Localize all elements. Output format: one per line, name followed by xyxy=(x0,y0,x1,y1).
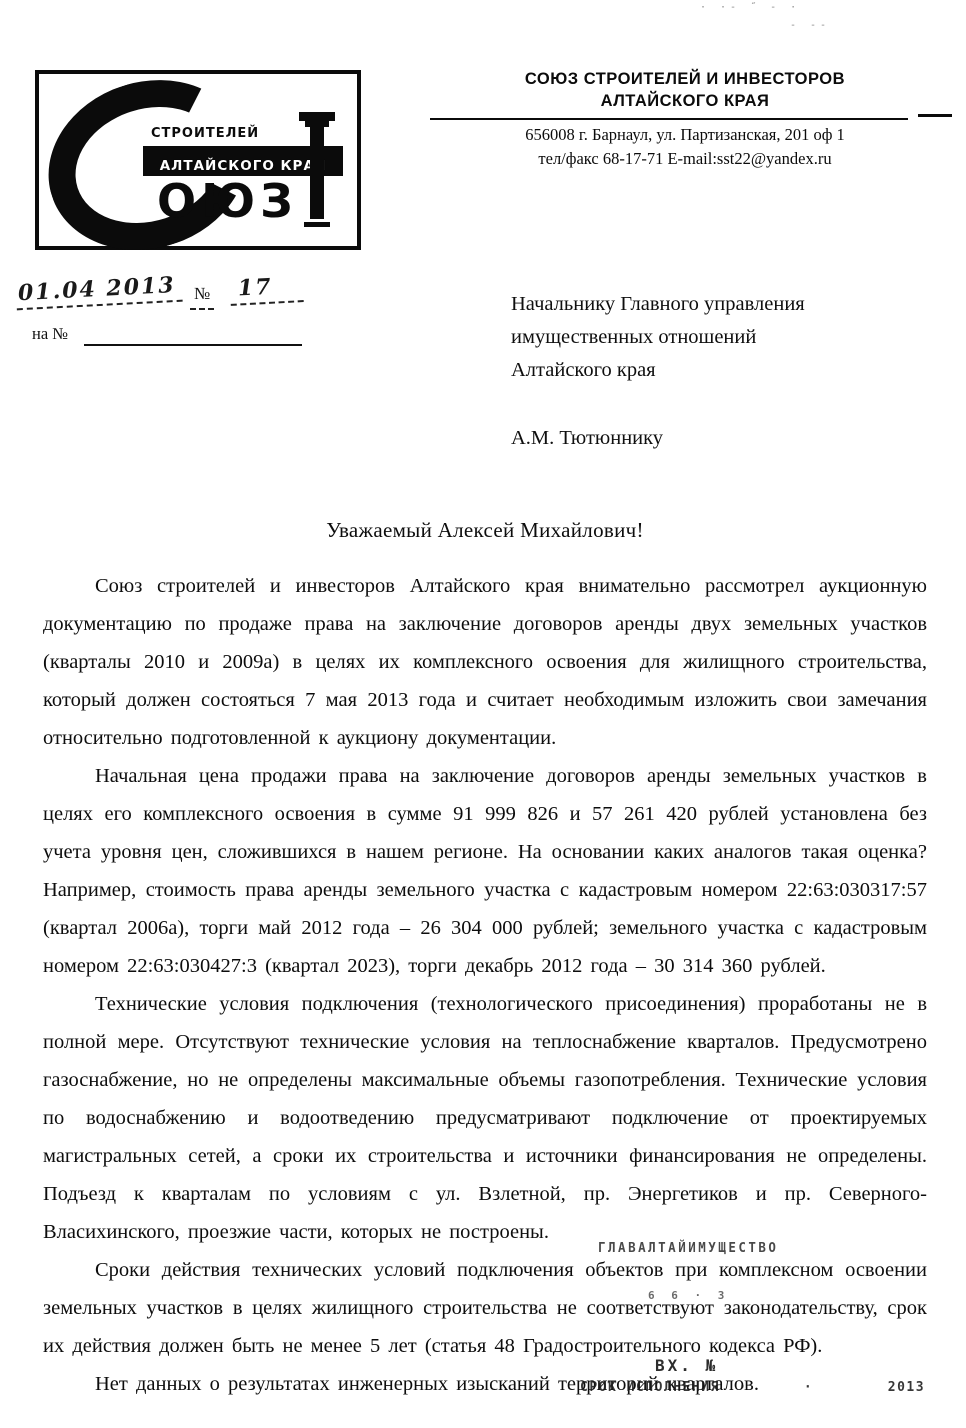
paragraph-2: Начальная цена продажи права на заключен… xyxy=(43,757,927,985)
outgoing-number-handwritten: 17 xyxy=(229,272,303,306)
incoming-stamp-number-label: ВХ. № xyxy=(655,1356,718,1375)
outgoing-date-handwritten: 01.04 2013 xyxy=(15,272,182,311)
paragraph-3: Технические условия подключения (техноло… xyxy=(43,985,927,1251)
reference-block: 01.04 2013 № 17 на № xyxy=(14,276,334,350)
salutation: Уважаемый Алексей Михайлович! xyxy=(43,518,927,543)
incoming-stamp-org-name: ГЛАВАЛТАЙИМУЩЕСТВО xyxy=(598,1240,778,1256)
reply-to-label: на № xyxy=(32,324,68,344)
logo-text-oyuz: ОЮЗ xyxy=(157,178,298,224)
recipient-line3: Алтайского края xyxy=(511,354,931,387)
letter-body: Уважаемый Алексей Михайлович! Союз строи… xyxy=(43,518,927,1403)
paragraph-4: Сроки действия технических условий подкл… xyxy=(43,1251,927,1365)
letterhead-divider xyxy=(430,118,908,120)
reply-to-blank-line xyxy=(84,344,302,346)
number-sign-label: № xyxy=(190,284,214,310)
org-name-line2: АЛТАЙСКОГО КРАЯ xyxy=(430,90,940,112)
incoming-stamp-fragment: 6 6 · 3 xyxy=(648,1289,729,1302)
scan-artifact: ‐ ‑‑ xyxy=(790,20,830,31)
scanned-letter-page: · ·‐ ˝ ‐ · ‐ ‑‑ СТРОИТЕЛЕЙ АЛТАЙСКОГО КР… xyxy=(0,0,966,1428)
recipient-line2: имущественных отношений xyxy=(511,321,931,354)
org-address: 656008 г. Барнаул, ул. Партизанская, 201… xyxy=(430,123,940,148)
union-logo: СТРОИТЕЛЕЙ АЛТАЙСКОГО КРАЯ ОЮЗ xyxy=(35,70,361,250)
org-name-line1: СОЮЗ СТРОИТЕЛЕЙ И ИНВЕСТОРОВ xyxy=(430,68,940,90)
org-contacts: тел/факс 68-17-71 E-mail:sst22@yandex.ru xyxy=(430,147,940,172)
letterhead: СОЮЗ СТРОИТЕЛЕЙ И ИНВЕСТОРОВ АЛТАЙСКОГО … xyxy=(430,68,940,172)
logo-text-stroiteley: СТРОИТЕЛЕЙ xyxy=(151,126,259,141)
paragraph-1: Союз строителей и инвесторов Алтайского … xyxy=(43,567,927,757)
nail-icon xyxy=(295,112,339,234)
recipient-line1: Начальнику Главного управления xyxy=(511,288,931,321)
recipient-name: А.М. Тютюннику xyxy=(511,422,931,455)
incoming-stamp-deadline: СРОК ИСПОЛНЕНИЯ · · 2013 xyxy=(580,1380,925,1395)
letterhead-divider-dash xyxy=(918,114,952,117)
scan-artifact: · ·‐ ˝ ‐ · xyxy=(700,2,800,13)
recipient-block: Начальнику Главного управления имуществе… xyxy=(511,288,931,455)
